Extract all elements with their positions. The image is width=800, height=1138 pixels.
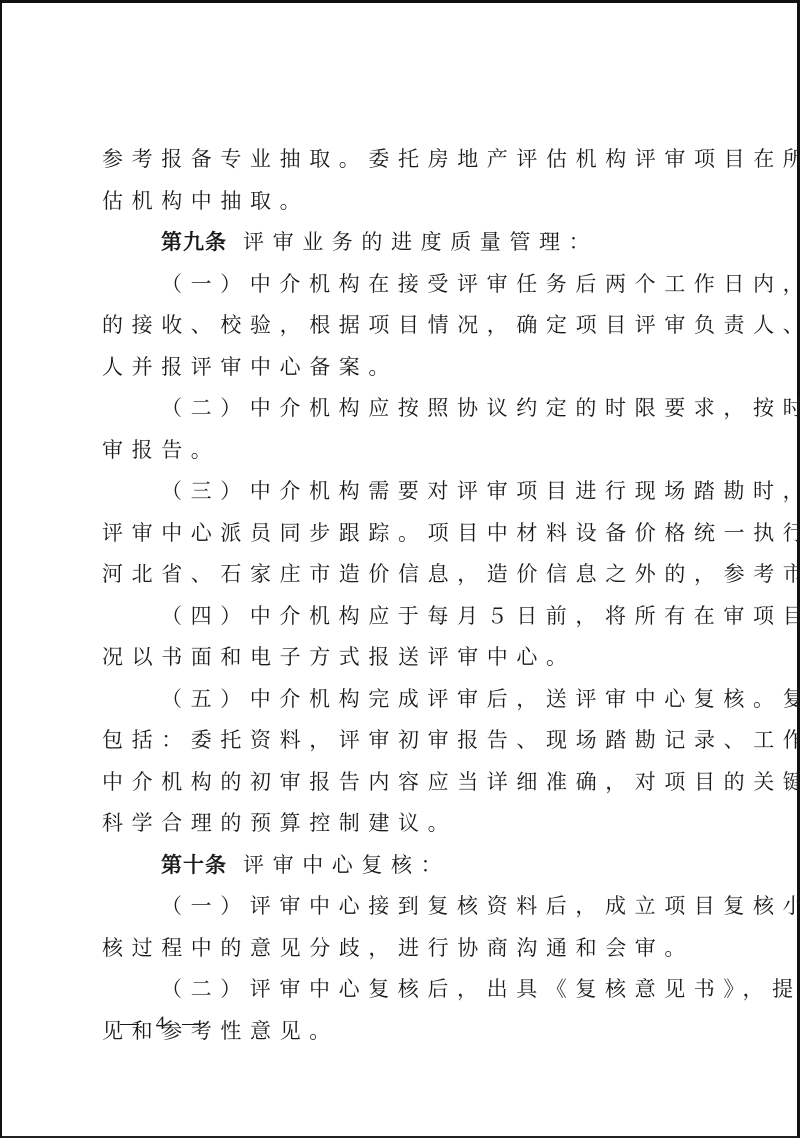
item-line: （二）中介机构应按照协议约定的时限要求，按时限出具评 bbox=[102, 388, 702, 430]
item-line: 科学合理的预算控制建议。 bbox=[102, 803, 702, 845]
paragraph-line: 估机构中抽取。 bbox=[102, 181, 702, 223]
article-title: 评审业务的进度质量管理： bbox=[243, 230, 598, 254]
item-line: （三）中介机构需要对评审项目进行现场踏勘时，必须通知 bbox=[102, 471, 702, 513]
item-line: （一）中介机构在接受评审任务后两个工作日内，完成资料 bbox=[102, 264, 702, 306]
item-line: 审报告。 bbox=[102, 430, 702, 472]
item-line: 包括：委托资料，评审初审报告、现场踏勘记录、工作底稿等。 bbox=[102, 720, 702, 762]
document-page: 参考报备专业抽取。委托房地产评估机构评审项目在所有入围评 估机构中抽取。 第九条… bbox=[0, 0, 800, 1138]
item-line: 评审中心派员同步跟踪。项目中材料设备价格统一执行相应期的 bbox=[102, 513, 702, 555]
article-9-heading: 第九条评审业务的进度质量管理： bbox=[102, 222, 702, 264]
item-line: （二）评审中心复核后，出具《复核意见书》，提出原则性意 bbox=[102, 969, 702, 1011]
item-line: 核过程中的意见分歧，进行协商沟通和会审。 bbox=[102, 928, 702, 970]
item-line: 况以书面和电子方式报送评审中心。 bbox=[102, 637, 702, 679]
item-line: 的接收、校验，根据项目情况，确定项目评审负责人、专业负责 bbox=[102, 305, 702, 347]
item-line: （四）中介机构应于每月５日前，将所有在审项目的进度情 bbox=[102, 596, 702, 638]
paragraph-line: 参考报备专业抽取。委托房地产评估机构评审项目在所有入围评 bbox=[102, 139, 702, 181]
article-10-heading: 第十条评审中心复核： bbox=[102, 845, 702, 887]
page-number: — 4 — bbox=[120, 1013, 207, 1035]
article-title: 评审中心复核： bbox=[243, 853, 450, 877]
item-line: 河北省、石家庄市造价信息，造价信息之外的，参考市场询价。 bbox=[102, 554, 702, 596]
item-line: （五）中介机构完成评审后，送评审中心复核。复核资料应 bbox=[102, 679, 702, 721]
document-body: 参考报备专业抽取。委托房地产评估机构评审项目在所有入围评 估机构中抽取。 第九条… bbox=[102, 139, 702, 1052]
article-number: 第十条 bbox=[161, 853, 227, 877]
item-line: （一）评审中心接到复核资料后，成立项目复核小组。对复 bbox=[102, 886, 702, 928]
item-line: 人并报评审中心备案。 bbox=[102, 347, 702, 389]
article-number: 第九条 bbox=[161, 230, 227, 254]
item-line: 中介机构的初审报告内容应当详细准确，对项目的关键节点提出 bbox=[102, 762, 702, 804]
